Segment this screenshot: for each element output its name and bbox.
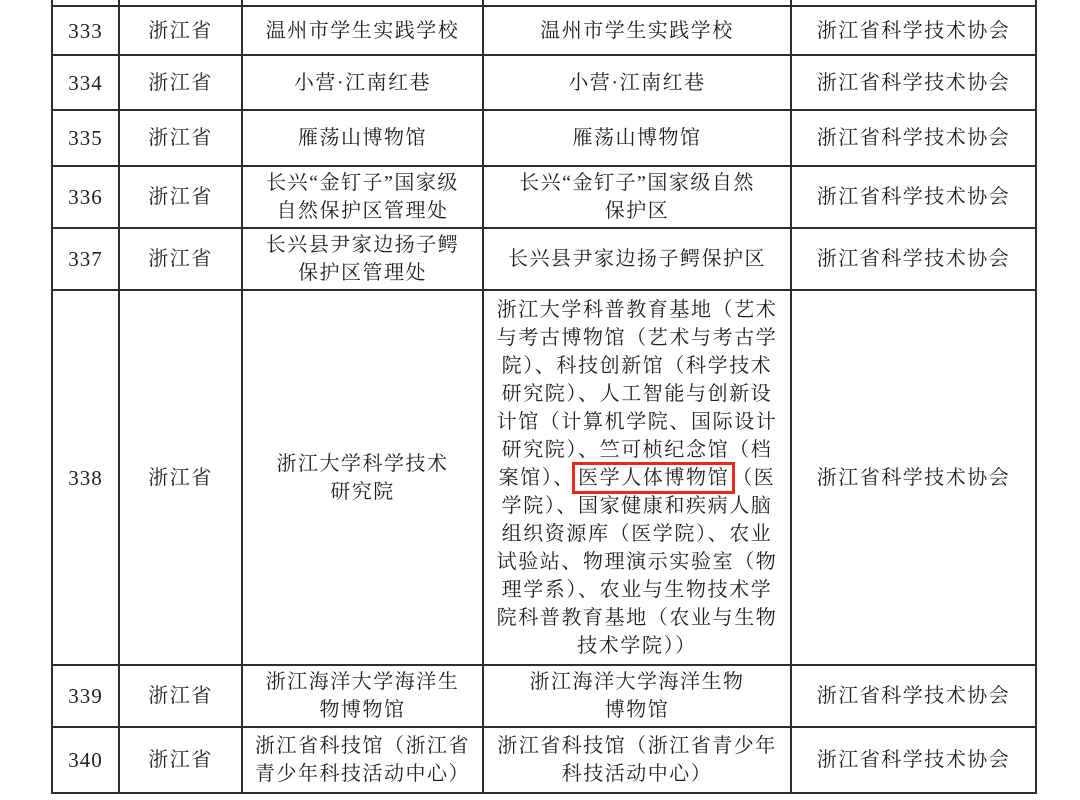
cell-province: 浙江省: [119, 228, 242, 290]
cell-province: 浙江省: [119, 110, 242, 166]
page: { "colors": { "highlight_red": "#e5291d"…: [0, 0, 1080, 800]
science-base-approval-table: 333 浙江省 温州市学生实践学校 温州市学生实践学校 浙江省科学技术协会 33…: [51, 0, 1037, 794]
cell-organization-name: 浙江大学科学技术 研究院: [242, 290, 483, 665]
table-row-340: 340 浙江省 浙江省科技馆（浙江省 青少年科技活动中心） 浙江省科技馆（浙江省…: [52, 727, 1036, 793]
cell-province: 浙江省: [119, 166, 242, 228]
cell-province: 浙江省: [119, 55, 242, 110]
cell-certifying-body: 浙江省科学技术协会: [791, 6, 1036, 55]
cell-province: 浙江省: [119, 6, 242, 55]
cell-serial-number: 340: [52, 727, 119, 793]
document-table-container: 333 浙江省 温州市学生实践学校 温州市学生实践学校 浙江省科学技术协会 33…: [51, 0, 1037, 794]
cell-certifying-body: 浙江省科学技术协会: [791, 665, 1036, 727]
cell-organization-name: 小营·江南红巷: [242, 55, 483, 110]
cell-certifying-body: 浙江省科学技术协会: [791, 727, 1036, 793]
cell-province: 浙江省: [119, 290, 242, 665]
cell-base-name: 长兴“金钉子”国家级自然 保护区: [483, 166, 791, 228]
text-segment: 浙江大学科普教育基地（艺术 与考古博物馆（艺术与考古学 院）、科技创新馆（科学技…: [497, 299, 778, 461]
cell-serial-number: 335: [52, 110, 119, 166]
cell-organization-name: 长兴“金钉子”国家级 自然保护区管理处: [242, 166, 483, 228]
table-row-334: 334 浙江省 小营·江南红巷 小营·江南红巷 浙江省科学技术协会: [52, 55, 1036, 110]
text-segment: （医 学院）、国家健康和疾病人脑 组织资源库（医学院）、农业 试验站、物理演示实…: [497, 467, 778, 657]
highlight-box: 医学人体博物馆: [572, 462, 735, 494]
cell-base-name: 雁荡山博物馆: [483, 110, 791, 166]
cell-serial-number: 336: [52, 166, 119, 228]
table-row-338: 338 浙江省 浙江大学科学技术 研究院 浙江大学科普教育基地（艺术 与考古博物…: [52, 290, 1036, 665]
cell-base-name: 浙江大学科普教育基地（艺术 与考古博物馆（艺术与考古学 院）、科技创新馆（科学技…: [483, 290, 791, 665]
cell-serial-number: 334: [52, 55, 119, 110]
cell-serial-number: 337: [52, 228, 119, 290]
cell-organization-name: 浙江海洋大学海洋生 物博物馆: [242, 665, 483, 727]
cell-certifying-body: 浙江省科学技术协会: [791, 166, 1036, 228]
cell-serial-number: 333: [52, 6, 119, 55]
table-row-337: 337 浙江省 长兴县尹家边扬子鳄 保护区管理处 长兴县尹家边扬子鳄保护区 浙江…: [52, 228, 1036, 290]
cell-base-name: 小营·江南红巷: [483, 55, 791, 110]
cell-certifying-body: 浙江省科学技术协会: [791, 110, 1036, 166]
cell-base-name: 浙江海洋大学海洋生物 博物馆: [483, 665, 791, 727]
cell-base-name: 温州市学生实践学校: [483, 6, 791, 55]
table-row-339: 339 浙江省 浙江海洋大学海洋生 物博物馆 浙江海洋大学海洋生物 博物馆 浙江…: [52, 665, 1036, 727]
cell-base-name: 浙江省科技馆（浙江省青少年 科技活动中心）: [483, 727, 791, 793]
proper-noun-underline: 竺可桢: [600, 439, 665, 463]
table-row-333: 333 浙江省 温州市学生实践学校 温州市学生实践学校 浙江省科学技术协会: [52, 6, 1036, 55]
cell-province: 浙江省: [119, 665, 242, 727]
cell-serial-number: 338: [52, 290, 119, 665]
cell-certifying-body: 浙江省科学技术协会: [791, 55, 1036, 110]
cell-province: 浙江省: [119, 727, 242, 793]
table-row-336: 336 浙江省 长兴“金钉子”国家级 自然保护区管理处 长兴“金钉子”国家级自然…: [52, 166, 1036, 228]
cell-organization-name: 温州市学生实践学校: [242, 6, 483, 55]
table-row-335: 335 浙江省 雁荡山博物馆 雁荡山博物馆 浙江省科学技术协会: [52, 110, 1036, 166]
cell-certifying-body: 浙江省科学技术协会: [791, 290, 1036, 665]
cell-serial-number: 339: [52, 665, 119, 727]
cell-organization-name: 浙江省科技馆（浙江省 青少年科技活动中心）: [242, 727, 483, 793]
cell-base-name: 长兴县尹家边扬子鳄保护区: [483, 228, 791, 290]
cell-organization-name: 长兴县尹家边扬子鳄 保护区管理处: [242, 228, 483, 290]
cell-organization-name: 雁荡山博物馆: [242, 110, 483, 166]
cell-certifying-body: 浙江省科学技术协会: [791, 228, 1036, 290]
